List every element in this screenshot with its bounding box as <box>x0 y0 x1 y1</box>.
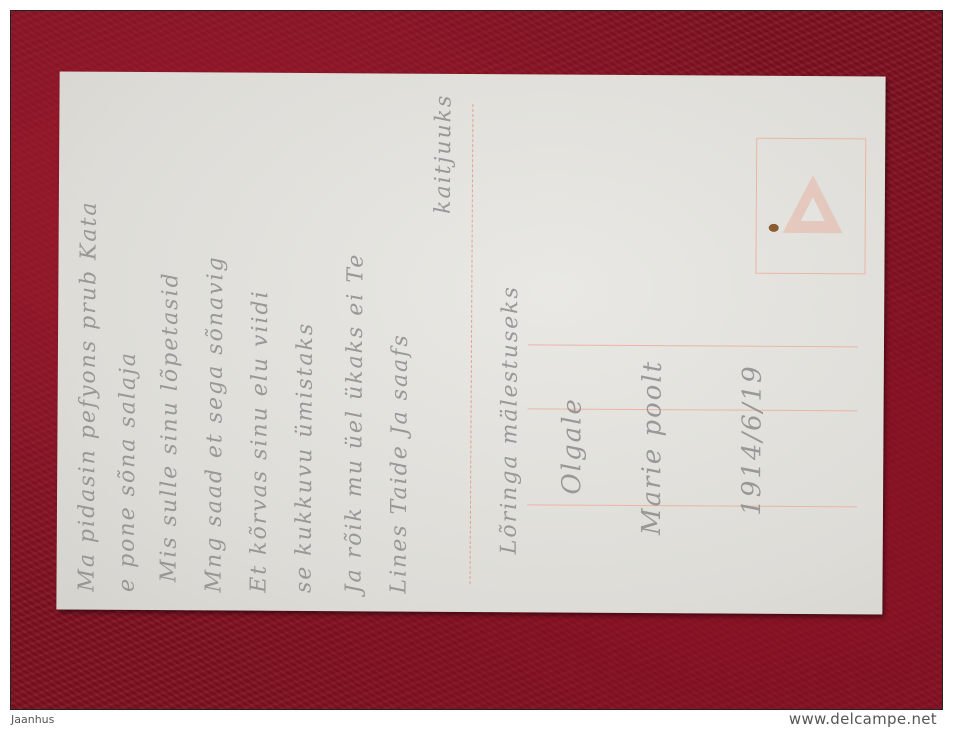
address-text: Olgale <box>557 397 588 495</box>
handwritten-address: Lõringa mälestuseks Olgale Marie poolt 1… <box>56 71 885 614</box>
postcard-photo: Ma pidasin pefyons prub Kata e pone sõna… <box>10 10 943 710</box>
address-text: Marie poolt <box>637 360 668 535</box>
address-text: 1914/6/19 <box>737 364 768 516</box>
postcard-back: Ma pidasin pefyons prub Kata e pone sõna… <box>56 71 885 614</box>
site-watermark: www.delcampe.net <box>789 710 937 728</box>
seller-name: Jaanhus <box>11 713 54 726</box>
address-text: Lõringa mälestuseks <box>497 285 524 554</box>
footer: Jaanhus www.delcampe.net <box>0 710 953 730</box>
